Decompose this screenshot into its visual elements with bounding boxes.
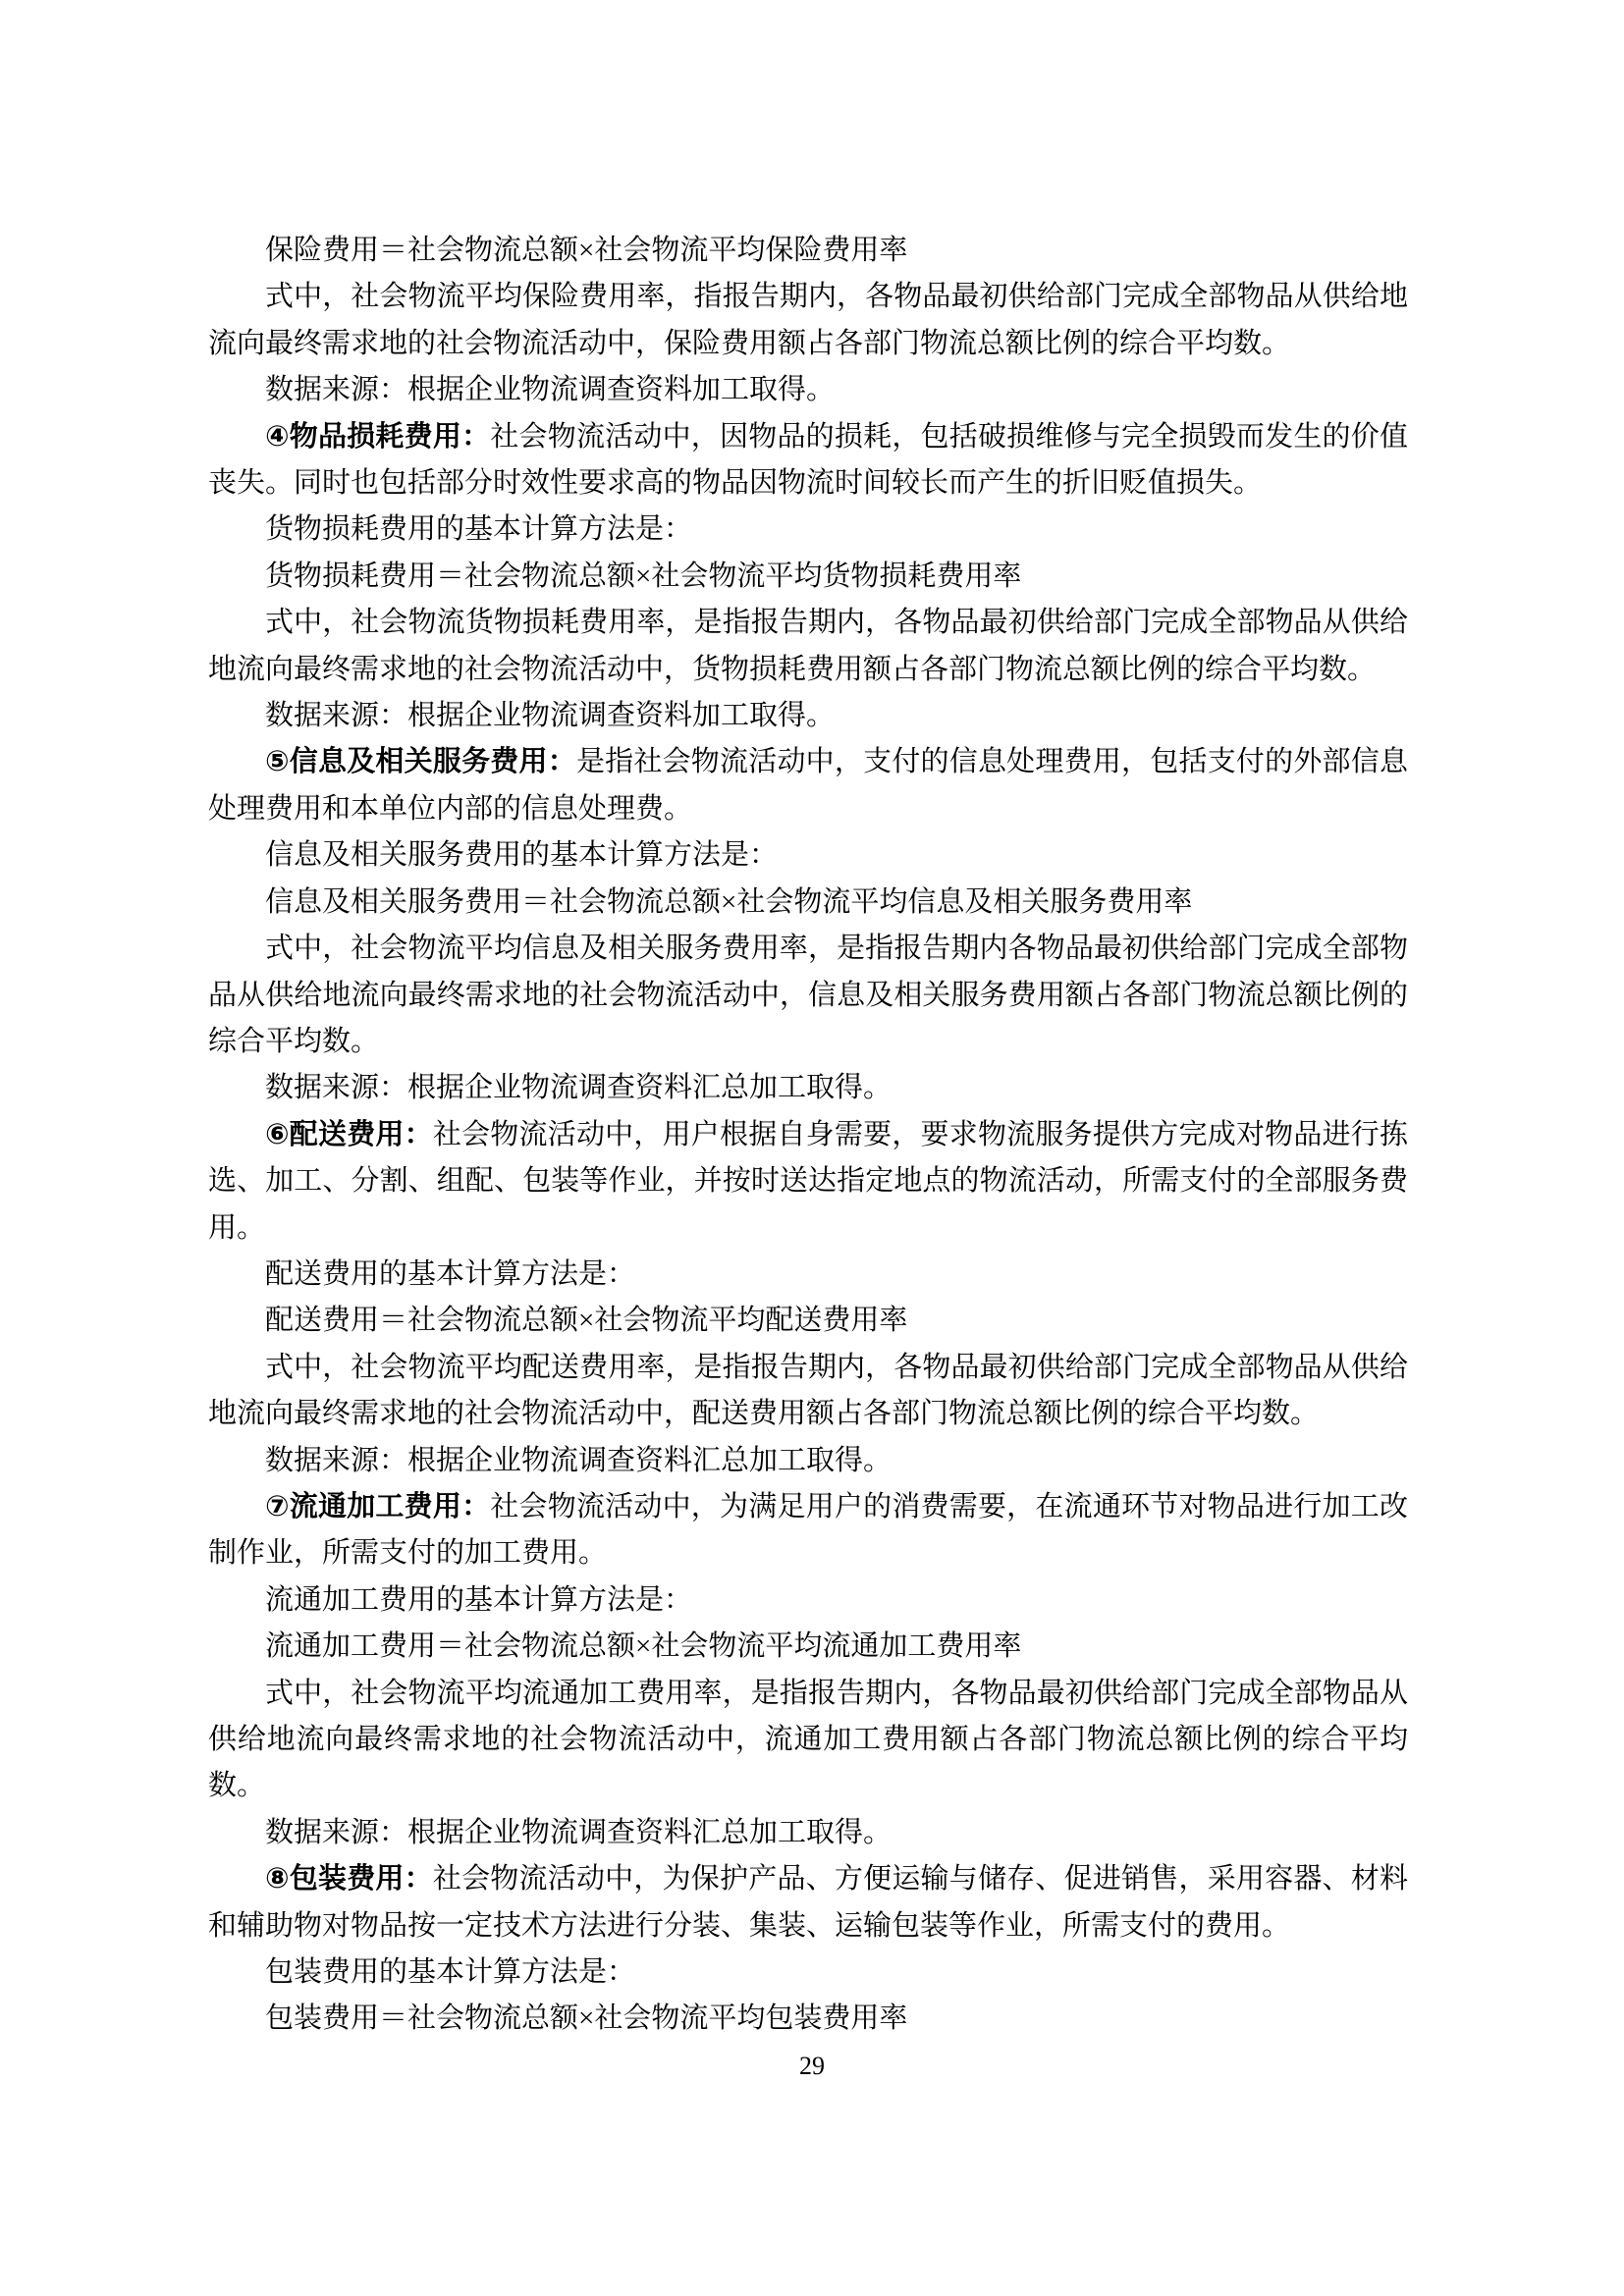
paragraph-text: 数据来源：根据企业物流调查资料汇总加工取得。	[265, 1445, 892, 1476]
data-source-line: 数据来源：根据企业物流调查资料加工取得。	[208, 367, 1408, 413]
body-paragraph: 式中，社会物流平均配送费用率，是指报告期内，各物品最初供给部门完成全部物品从供给…	[208, 1345, 1408, 1438]
formula-line: 包装费用＝社会物流总额×社会物流平均包装费用率	[208, 1996, 1408, 2042]
method-line: 包装费用的基本计算方法是：	[208, 1949, 1408, 1996]
item-paragraph: ⑧包装费用：社会物流活动中，为保护产品、方便运输与储存、促进销售，采用容器、材料…	[208, 1856, 1408, 1949]
formula-line: 流通加工费用＝社会物流总额×社会物流平均流通加工费用率	[208, 1624, 1408, 1670]
paragraph-text: 保险费用＝社会物流总额×社会物流平均保险费用率	[265, 235, 907, 266]
formula-line: 保险费用＝社会物流总额×社会物流平均保险费用率	[208, 228, 1408, 274]
data-source-line: 数据来源：根据企业物流调查资料汇总加工取得。	[208, 1065, 1408, 1111]
formula-line: 货物损耗费用＝社会物流总额×社会物流平均货物损耗费用率	[208, 554, 1408, 600]
paragraph-text: 式中，社会物流平均信息及相关服务费用率，是指报告期内各物品最初供给部门完成全部物…	[208, 933, 1408, 1057]
formula-line: 信息及相关服务费用＝社会物流总额×社会物流平均信息及相关服务费用率	[208, 880, 1408, 926]
paragraph-text: 数据来源：根据企业物流调查资料汇总加工取得。	[265, 1817, 892, 1848]
body-paragraph: 式中，社会物流货物损耗费用率，是指报告期内，各物品最初供给部门完成全部物品从供给…	[208, 600, 1408, 693]
document-page: 保险费用＝社会物流总额×社会物流平均保险费用率 式中，社会物流平均保险费用率，指…	[0, 0, 1624, 2296]
method-line: 流通加工费用的基本计算方法是：	[208, 1577, 1408, 1624]
paragraph-text: 货物损耗费用＝社会物流总额×社会物流平均货物损耗费用率	[265, 561, 1021, 592]
paragraph-text: 数据来源：根据企业物流调查资料汇总加工取得。	[265, 1072, 892, 1103]
body-paragraph: 式中，社会物流平均保险费用率，指报告期内，各物品最初供给部门完成全部物品从供给地…	[208, 274, 1408, 367]
data-source-line: 数据来源：根据企业物流调查资料汇总加工取得。	[208, 1810, 1408, 1856]
body-paragraph: 式中，社会物流平均信息及相关服务费用率，是指报告期内各物品最初供给部门完成全部物…	[208, 926, 1408, 1065]
method-line: 信息及相关服务费用的基本计算方法是：	[208, 832, 1408, 879]
item-heading: ⑤信息及相关服务费用：	[265, 746, 576, 777]
item-paragraph: ⑤信息及相关服务费用：是指社会物流活动中，支付的信息处理费用，包括支付的外部信息…	[208, 739, 1408, 832]
item-heading: ⑥配送费用：	[265, 1119, 433, 1150]
item-heading: ⑧包装费用：	[265, 1863, 433, 1895]
body-paragraph: 式中，社会物流平均流通加工费用率，是指报告期内，各物品最初供给部门完成全部物品从…	[208, 1671, 1408, 1810]
paragraph-text: 数据来源：根据企业物流调查资料加工取得。	[265, 700, 835, 731]
paragraph-text: 流通加工费用＝社会物流总额×社会物流平均流通加工费用率	[265, 1630, 1021, 1662]
paragraph-text: 包装费用＝社会物流总额×社会物流平均包装费用率	[265, 2002, 907, 2034]
item-paragraph: ⑥配送费用：社会物流活动中，用户根据自身需要，要求物流服务提供方完成对物品进行拣…	[208, 1112, 1408, 1252]
item-heading: ④物品损耗费用：	[265, 421, 490, 453]
paragraph-text: 式中，社会物流平均保险费用率，指报告期内，各物品最初供给部门完成全部物品从供给地…	[208, 281, 1408, 358]
item-paragraph: ⑦流通加工费用：社会物流活动中，为满足用户的消费需要，在流通环节对物品进行加工改…	[208, 1484, 1408, 1577]
method-line: 货物损耗费用的基本计算方法是：	[208, 507, 1408, 553]
item-heading: ⑦流通加工费用：	[265, 1491, 490, 1522]
paragraph-text: 包装费用的基本计算方法是：	[265, 1956, 635, 1988]
paragraph-text: 式中，社会物流货物损耗费用率，是指报告期内，各物品最初供给部门完成全部物品从供给…	[208, 607, 1408, 684]
paragraph-text: 流通加工费用的基本计算方法是：	[265, 1584, 692, 1616]
data-source-line: 数据来源：根据企业物流调查资料汇总加工取得。	[208, 1438, 1408, 1484]
data-source-line: 数据来源：根据企业物流调查资料加工取得。	[208, 693, 1408, 739]
paragraph-text: 数据来源：根据企业物流调查资料加工取得。	[265, 374, 835, 405]
paragraph-text: 式中，社会物流平均流通加工费用率，是指报告期内，各物品最初供给部门完成全部物品从…	[208, 1678, 1408, 1802]
document-body: 保险费用＝社会物流总额×社会物流平均保险费用率 式中，社会物流平均保险费用率，指…	[208, 228, 1408, 2043]
paragraph-text: 货物损耗费用的基本计算方法是：	[265, 513, 692, 545]
formula-line: 配送费用＝社会物流总额×社会物流平均配送费用率	[208, 1298, 1408, 1344]
paragraph-text: 配送费用＝社会物流总额×社会物流平均配送费用率	[265, 1305, 907, 1336]
paragraph-text: 式中，社会物流平均配送费用率，是指报告期内，各物品最初供给部门完成全部物品从供给…	[208, 1352, 1408, 1429]
paragraph-text: 信息及相关服务费用＝社会物流总额×社会物流平均信息及相关服务费用率	[265, 886, 1192, 918]
paragraph-text: 配送费用的基本计算方法是：	[265, 1258, 635, 1290]
page-number: 29	[0, 2052, 1624, 2081]
paragraph-text: 信息及相关服务费用的基本计算方法是：	[265, 839, 778, 871]
item-paragraph: ④物品损耗费用：社会物流活动中，因物品的损耗，包括破损维修与完全损毁而发生的价值…	[208, 414, 1408, 507]
method-line: 配送费用的基本计算方法是：	[208, 1252, 1408, 1298]
